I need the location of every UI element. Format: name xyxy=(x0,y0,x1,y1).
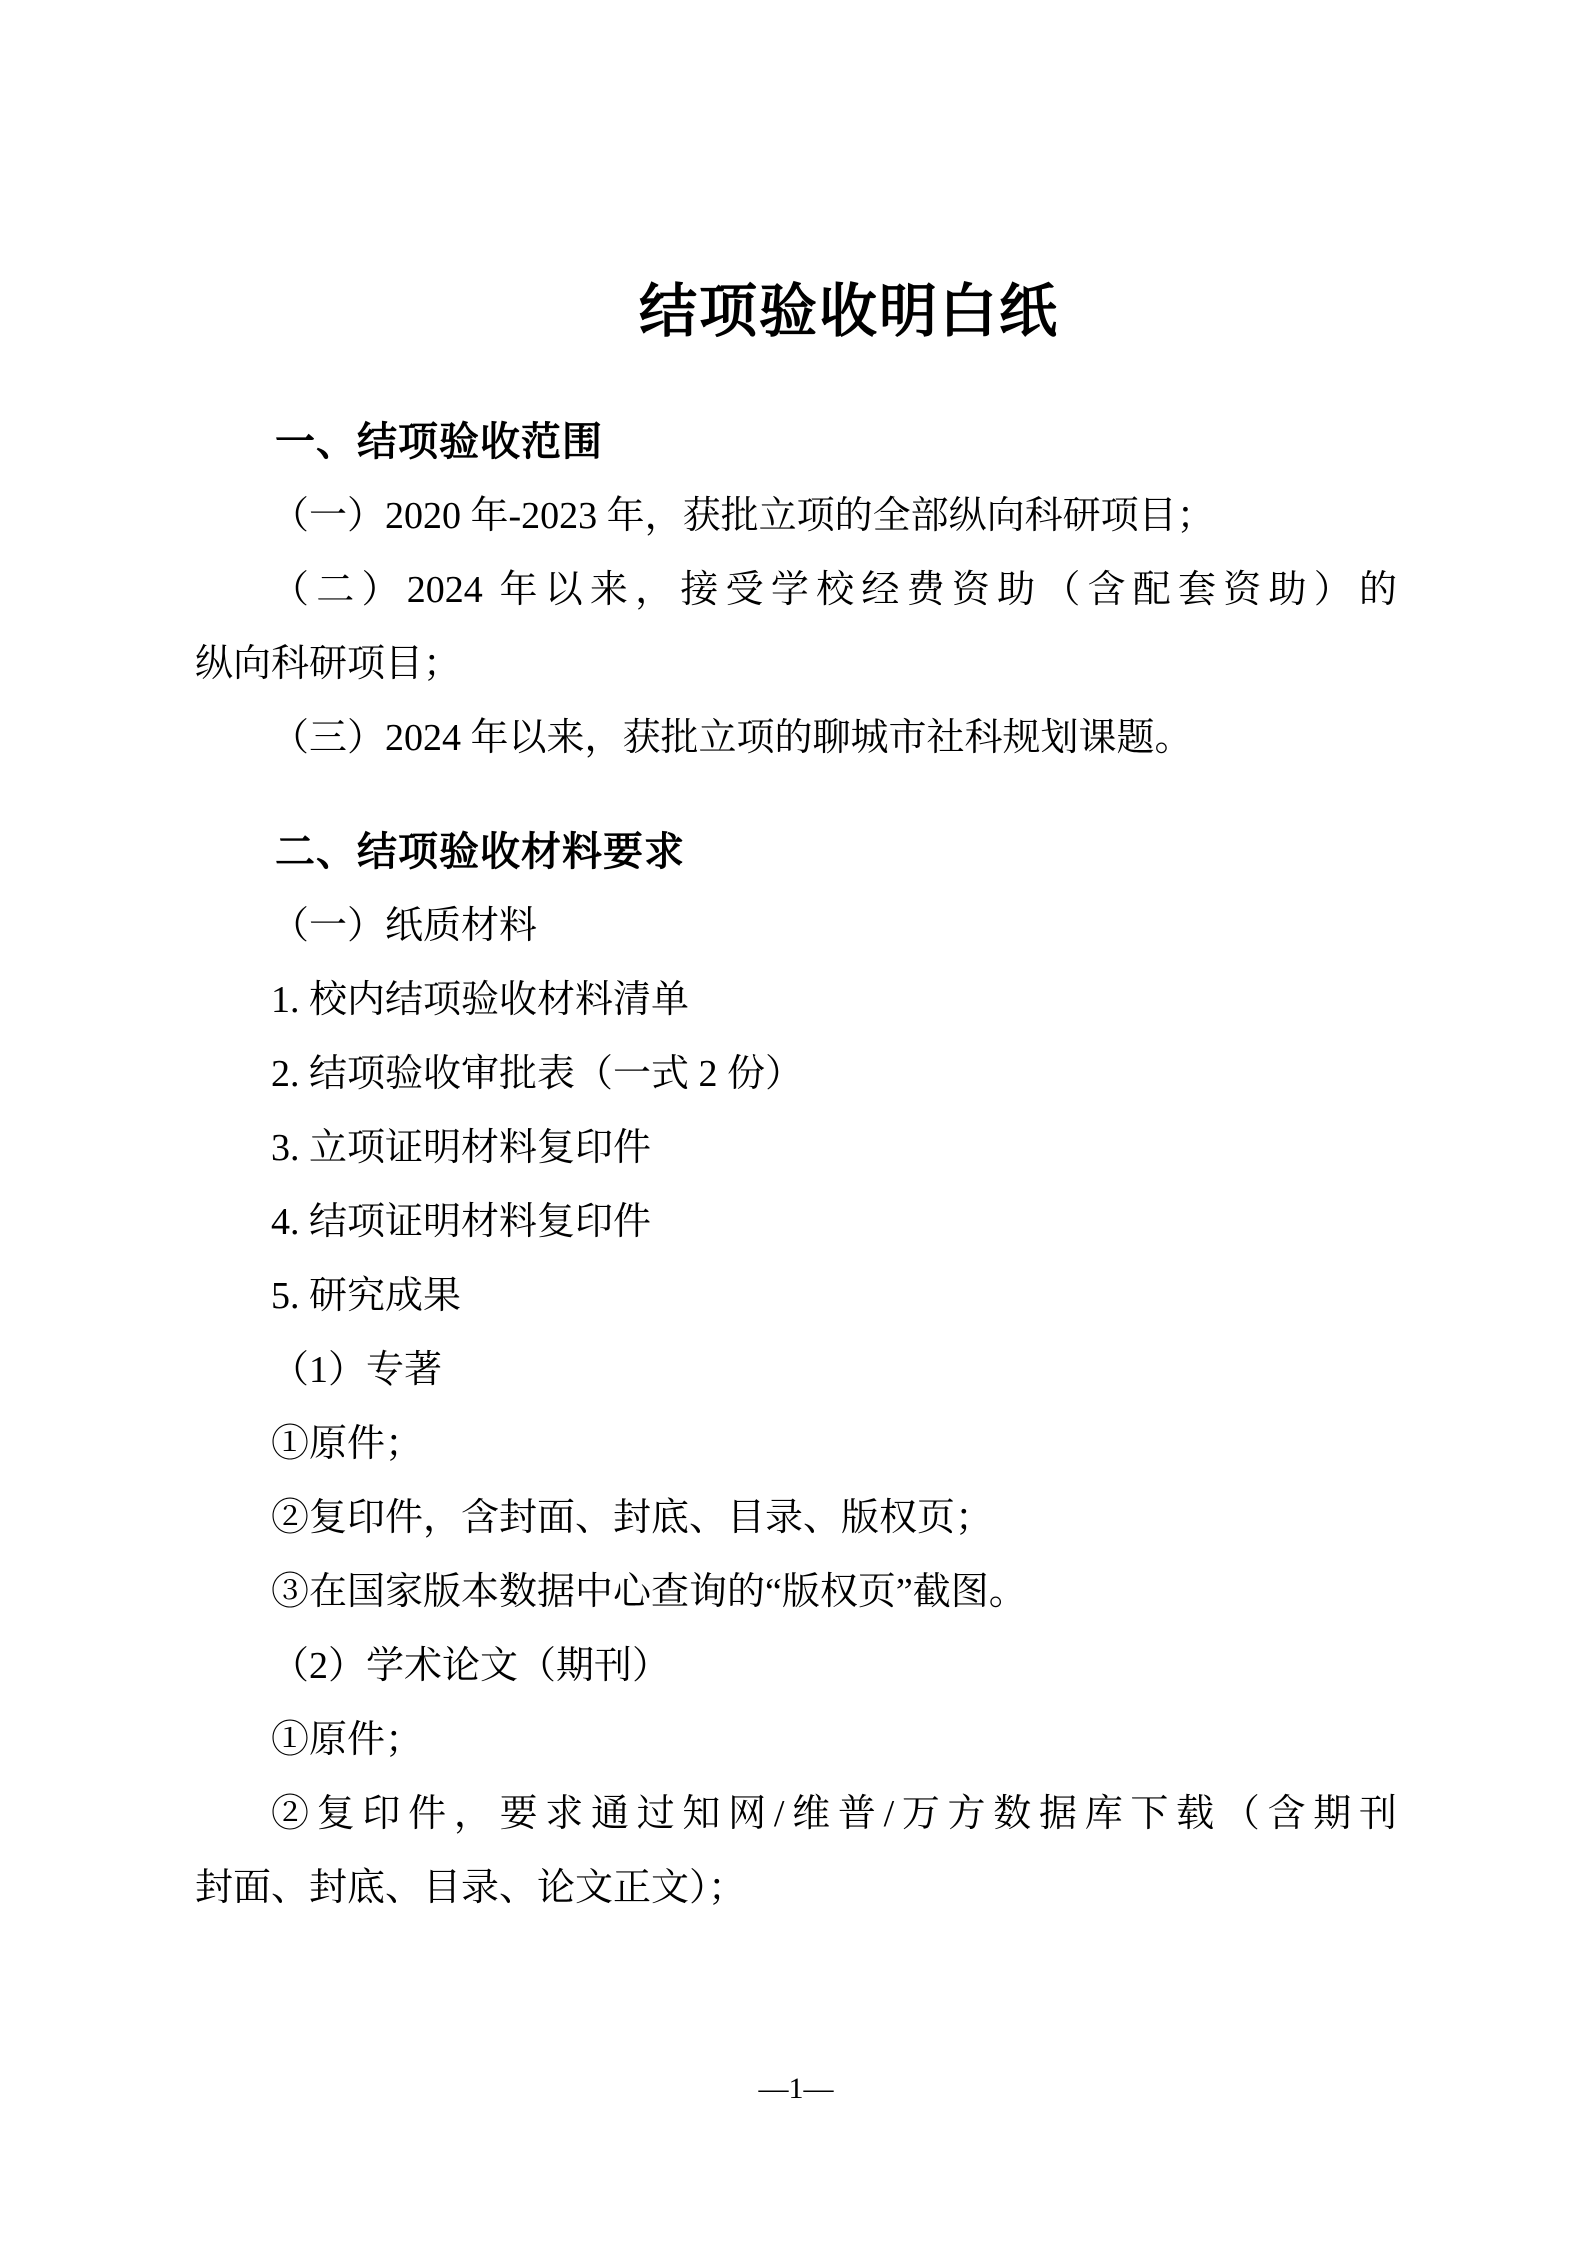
section-heading-scope: 一、结项验收范围 xyxy=(195,405,1397,479)
paragraph-line: ①原件； xyxy=(195,1703,1397,1777)
paragraph-line: 3. 立项证明材料复印件 xyxy=(195,1111,1397,1185)
document-page: 结项验收明白纸 一、结项验收范围 （一）2020 年-2023 年，获批立项的全… xyxy=(0,0,1587,2245)
paragraph-line: （二）2024 年以来，接受学校经费资助（含配套资助）的 xyxy=(195,553,1397,627)
paragraph-line: 封面、封底、目录、论文正文）； xyxy=(195,1851,1397,1925)
paragraph-line: （三）2024 年以来，获批立项的聊城市社科规划课题。 xyxy=(195,701,1397,775)
paragraph-line: ②复印件，要求通过知网/维普/万方数据库下载（含期刊 xyxy=(195,1777,1397,1851)
paragraph-line: （一）纸质材料 xyxy=(195,889,1397,963)
paragraph-line: 纵向科研项目； xyxy=(195,627,1397,701)
paragraph-line: ②复印件，含封面、封底、目录、版权页； xyxy=(195,1481,1397,1555)
paragraph-line: （一）2020 年-2023 年，获批立项的全部纵向科研项目； xyxy=(195,479,1397,553)
paragraph-line: 5. 研究成果 xyxy=(195,1259,1397,1333)
section-heading-materials: 二、结项验收材料要求 xyxy=(195,815,1397,889)
paragraph-line: 4. 结项证明材料复印件 xyxy=(195,1185,1397,1259)
paragraph-line: （2）学术论文（期刊） xyxy=(195,1629,1397,1703)
paragraph-line: 2. 结项验收审批表（一式 2 份） xyxy=(195,1037,1397,1111)
paragraph-line: ③在国家版本数据中心查询的“版权页”截图。 xyxy=(195,1555,1397,1629)
paragraph-line: （1）专著 xyxy=(195,1333,1397,1407)
document-title: 结项验收明白纸 xyxy=(195,276,1397,348)
paragraph-line: 1. 校内结项验收材料清单 xyxy=(195,963,1397,1037)
page-number: —1— xyxy=(195,2072,1397,2106)
paragraph-line: ①原件； xyxy=(195,1407,1397,1481)
